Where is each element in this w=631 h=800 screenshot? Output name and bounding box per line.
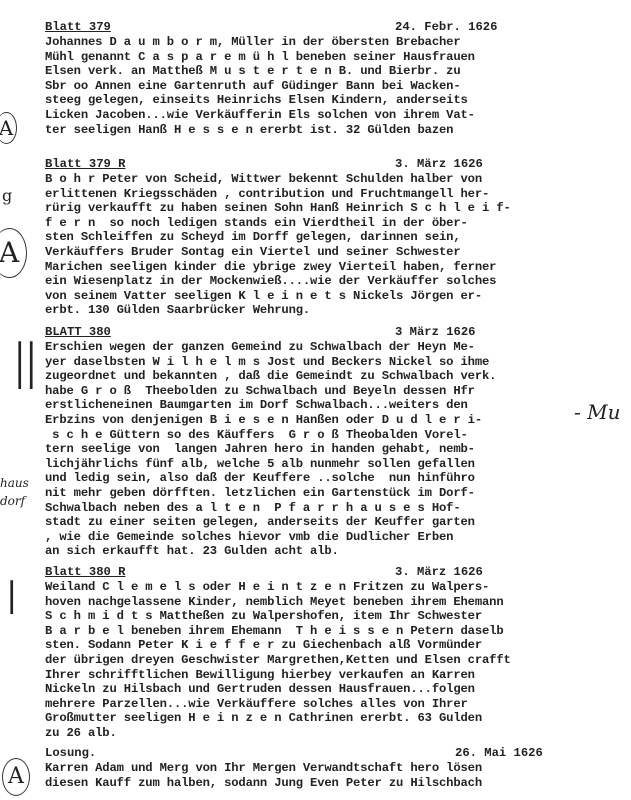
margin-letter: A bbox=[8, 764, 24, 789]
margin-note-bar: | bbox=[6, 575, 17, 615]
blatt-label: Blatt 379 bbox=[45, 20, 111, 35]
text-line: habe G r o ß Theebolden zu Schwalbach un… bbox=[45, 384, 605, 399]
text-line: B a r b e l beneben ihrem Ehemann T h e … bbox=[45, 624, 605, 639]
text-line: sten Schleiffen zu Scheyd im Dorff geleg… bbox=[45, 230, 605, 245]
text-line: Johannes D a u m b o r m, Müller in der … bbox=[45, 35, 605, 50]
blatt-label: Blatt 380 R bbox=[45, 565, 125, 580]
margin-letter: A bbox=[0, 236, 19, 269]
text-line: und ledig sein, also daß der Keuffere ..… bbox=[45, 471, 605, 486]
text-line: Großmutter seeligen H e i n z e n Cathri… bbox=[45, 711, 605, 726]
text-line: steeg gelegen, einseits Heinrichs Elsen … bbox=[45, 93, 605, 108]
entry-blatt-379: Blatt 379 24. Febr. 1626 Johannes D a u … bbox=[45, 20, 605, 137]
text-line: ter seeligen Hanß H e s s e n ererbt ist… bbox=[45, 123, 605, 138]
text-line: Erbzins von denjenigen B i e s e n Hanße… bbox=[45, 413, 605, 428]
margin-note-haus: haus bbox=[0, 476, 29, 490]
margin-note-g: g bbox=[2, 186, 12, 205]
entry-date: 26. Mai 1626 bbox=[455, 746, 543, 761]
text-line: hoven nachgelassene Kinder, nemblich Mey… bbox=[45, 595, 605, 610]
entry-blatt-380: BLATT 380 3 März 1626 Erschien wegen der… bbox=[45, 325, 605, 559]
margin-circled-a-3: A bbox=[2, 758, 30, 796]
text-line: stadt zu einer seiten gelegen, anderseit… bbox=[45, 515, 605, 530]
text-line: Karren Adam und Merg von Ihr Mergen Verw… bbox=[45, 761, 605, 776]
text-line: zu 26 alb. bbox=[45, 726, 605, 741]
text-line: yer daselbsten W i l h e l m s Jost und … bbox=[45, 355, 605, 370]
text-line: tern seelige von langen Jahren hero in h… bbox=[45, 442, 605, 457]
margin-circled-a-1: A bbox=[0, 112, 17, 144]
margin-note-double-bar: || bbox=[14, 334, 37, 390]
entry-date: 3. März 1626 bbox=[395, 157, 483, 172]
margin-note-dorf: dorf bbox=[0, 494, 25, 508]
text-line: s c h e Güttern so des Käuffers G r o ß … bbox=[45, 428, 605, 443]
text-line: ein Wiesenplatz in der Mockenwieß....wie… bbox=[45, 274, 605, 289]
entry-header: BLATT 380 3 März 1626 bbox=[45, 325, 605, 340]
text-line: erlittenen Kriegsschäden , contribution … bbox=[45, 187, 605, 202]
text-line: B o h r Peter von Scheid, Wittwer bekenn… bbox=[45, 172, 605, 187]
text-line: Mühl genannt C a s p a r e m ü h l beneb… bbox=[45, 50, 605, 65]
entry-header: Blatt 379 R 3. März 1626 bbox=[45, 157, 605, 172]
document-page: Blatt 379 24. Febr. 1626 Johannes D a u … bbox=[0, 0, 631, 800]
entry-losung: Losung. 26. Mai 1626 Karren Adam und Mer… bbox=[45, 746, 605, 790]
margin-note-mu: - Mu bbox=[574, 400, 620, 424]
text-line: Sbr oo Annen eine Gartenruth auf Güdinge… bbox=[45, 79, 605, 94]
text-line: von seinem Vatter seeligen K l e i n e t… bbox=[45, 289, 605, 304]
entry-header: Blatt 380 R 3. März 1626 bbox=[45, 565, 605, 580]
entry-date: 3 März 1626 bbox=[395, 325, 475, 340]
blatt-label: BLATT 380 bbox=[45, 325, 111, 340]
entry-date: 24. Febr. 1626 bbox=[395, 20, 497, 35]
text-line: diesen Kauff zum halben, sodann Jung Eve… bbox=[45, 776, 605, 791]
entry-header: Blatt 379 24. Febr. 1626 bbox=[45, 20, 605, 35]
text-line: Marichen seeligen kinder die ybrige zwey… bbox=[45, 260, 605, 275]
margin-letter: A bbox=[0, 116, 13, 140]
text-line: Nickeln zu Hilsbach und Gertruden dessen… bbox=[45, 682, 605, 697]
text-line: Weiland C l e m e l s oder H e i n t z e… bbox=[45, 580, 605, 595]
margin-circled-a-2: A bbox=[0, 228, 27, 278]
text-line: rürig verkaufft zu haben seinen Sohn Han… bbox=[45, 201, 605, 216]
text-line: Verkäuffers Bruder Sontag ein Viertel un… bbox=[45, 245, 605, 260]
text-line: zugeordnet und bekannten , daß die Gemei… bbox=[45, 369, 605, 384]
entry-date: 3. März 1626 bbox=[395, 565, 483, 580]
text-line: erbt. 130 Gülden Saarbrücker Wehrung. bbox=[45, 303, 605, 318]
text-line: Schwalbach neben des a l t e n P f a r r… bbox=[45, 501, 605, 516]
text-line: sten. Sodann Peter K i e f f e r zu Giec… bbox=[45, 638, 605, 653]
entry-blatt-380r: Blatt 380 R 3. März 1626 Weiland C l e m… bbox=[45, 565, 605, 741]
blatt-label: Blatt 379 R bbox=[45, 157, 125, 172]
losung-label: Losung. bbox=[45, 746, 96, 761]
text-line: nit mehr geben dörfften. letzlichen ein … bbox=[45, 486, 605, 501]
text-line: , wie die Gemeinde solches hievor vmb di… bbox=[45, 530, 605, 545]
text-line: lichjährlichs fünf alb, welche 5 alb nun… bbox=[45, 457, 605, 472]
text-line: Elsen verk. an Mattheß M u s t e r t e n… bbox=[45, 64, 605, 79]
entry-blatt-379r: Blatt 379 R 3. März 1626 B o h r Peter v… bbox=[45, 157, 605, 318]
text-line: der übrigen dreyen Geschwister Margrethe… bbox=[45, 653, 605, 668]
text-line: S c h m i d t s Mattheßen zu Walpershofe… bbox=[45, 609, 605, 624]
entry-header: Losung. 26. Mai 1626 bbox=[45, 746, 605, 761]
text-line: Ihrer schrifftlichen Bewilligung hierbey… bbox=[45, 668, 605, 683]
text-line: Licken Jacoben...wie Verkäufferin Els so… bbox=[45, 108, 605, 123]
text-line: erstlicheneinen Baumgarten im Dorf Schwa… bbox=[45, 398, 605, 413]
text-line: mehrere Parzellen...wie Verkäuffere solc… bbox=[45, 697, 605, 712]
text-line: an sich erkaufft hat. 23 Gulden acht alb… bbox=[45, 544, 605, 559]
text-line: Erschien wegen der ganzen Gemeind zu Sch… bbox=[45, 340, 605, 355]
text-line: f e r n so noch ledigen stands ein Vierd… bbox=[45, 216, 605, 231]
